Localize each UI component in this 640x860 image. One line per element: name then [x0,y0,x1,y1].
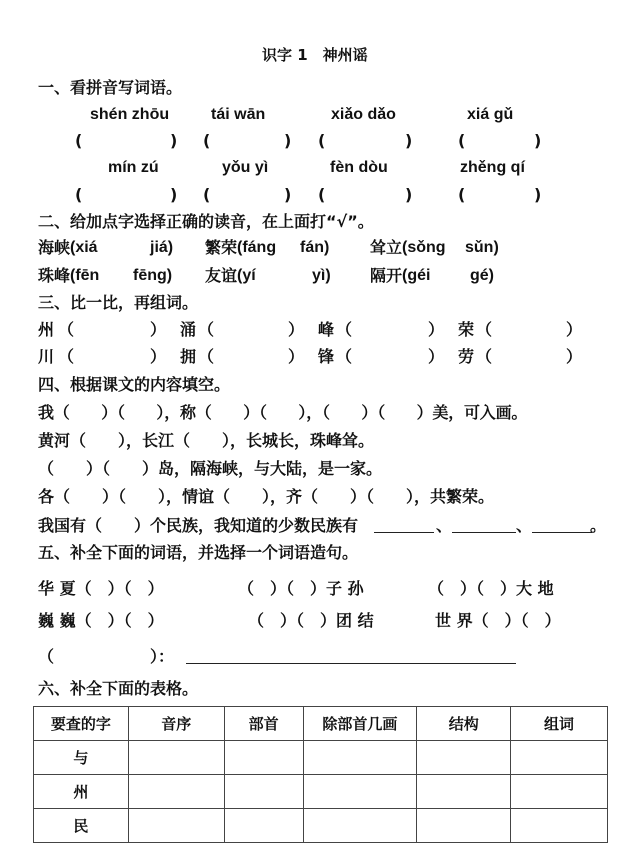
answer-underline[interactable] [532,532,592,533]
reading-option: (sǒng [402,240,446,256]
answer-blank-close: ) [170,133,177,149]
pinyin-7: fèn dòu [330,160,388,176]
answer-blank-open: （ [336,322,352,338]
answer-blank-open: （ [58,349,74,365]
section-1-header: 一、看拼音写词语。 [38,80,182,96]
answer-blank-close: ） [566,349,582,365]
table-cell[interactable] [224,775,303,809]
table-cell[interactable] [417,741,511,775]
answer-blank-close: ) [405,133,412,149]
reading-word: 珠峰 [38,268,70,284]
pinyin-8: zhěng qí [460,160,525,176]
word-completion: （ ）（ ）大 地 [428,581,554,597]
answer-blank-open: ( [458,187,465,203]
column-header: 音序 [128,707,224,741]
table-cell[interactable] [224,809,303,843]
table-cell-char: 民 [34,809,129,843]
reading-option: sǔn) [465,240,499,256]
answer-blank-open: ( [203,187,210,203]
column-header: 要查的字 [34,707,129,741]
answer-blank-close: ） [288,349,304,365]
compare-char: 川 [38,349,54,365]
separator: 、 [516,518,532,534]
sentence-word-slot: （ ）： [38,649,174,665]
answer-blank-open: （ [476,349,492,365]
reading-option: (xiá [70,240,98,256]
fill-line-4: 各（ ）（ ），情谊（ ），齐（ ）（ ），共繁荣。 [38,489,494,505]
word-completion: 华 夏（ ）（ ） [38,581,164,597]
answer-blank-close: ) [534,133,541,149]
fill-line-5: 我国有（ ）个民族，我知道的少数民族有 [38,518,358,534]
reading-option: (fēn [70,268,99,284]
table-cell[interactable] [303,741,417,775]
answer-blank-open: ( [75,133,82,149]
dictionary-table: 要查的字 音序 部首 除部首几画 结构 组词 与 州 民 [33,706,608,843]
table-cell[interactable] [417,809,511,843]
word-completion: 世 界（ ）（ ） [435,613,561,629]
answer-blank-open: （ [336,349,352,365]
reading-option: fēng) [133,268,172,284]
answer-underline[interactable] [452,532,516,533]
section-6-header: 六、补全下面的表格。 [38,681,198,697]
table-cell[interactable] [511,809,608,843]
reading-option: gé) [470,268,494,284]
reading-option: fán) [300,240,329,256]
answer-blank-open: （ [198,322,214,338]
answer-blank-open: ( [75,187,82,203]
answer-underline[interactable] [374,532,434,533]
answer-blank-open: （ [198,349,214,365]
answer-blank-close: ） [288,322,304,338]
page-title: 识字 1 神州谣 [262,48,368,63]
column-header: 部首 [224,707,303,741]
answer-blank-open: ( [458,133,465,149]
compare-char: 锋 [318,349,334,365]
section-2-header: 二、给加点字选择正确的读音，在上面打“√”。 [38,214,374,230]
compare-char: 峰 [318,322,334,338]
reading-word: 友谊 [205,268,237,284]
reading-option: jiá) [150,240,173,256]
reading-option: (géi [402,268,430,284]
word-completion: （ ）（ ）子 孙 [238,581,364,597]
pinyin-1: shén zhōu [90,107,169,123]
pinyin-3: xiǎo dǎo [331,107,396,123]
answer-blank-close: ) [534,187,541,203]
section-4-header: 四、根据课文的内容填空。 [38,377,230,393]
table-cell[interactable] [417,775,511,809]
table-cell[interactable] [128,741,224,775]
reading-word: 繁荣 [205,240,237,256]
reading-word: 隔开 [370,268,402,284]
fill-line-3: （ ）（ ）岛，隔海峡，与大陆，是一家。 [38,461,382,477]
table-cell[interactable] [224,741,303,775]
period: 。 [590,518,606,534]
answer-blank-close: ） [566,322,582,338]
column-header: 结构 [417,707,511,741]
compare-char: 州 [38,322,54,338]
table-cell[interactable] [303,809,417,843]
section-3-header: 三、比一比，再组词。 [38,295,198,311]
answer-blank-close: ) [405,187,412,203]
answer-blank-close: ) [170,187,177,203]
table-cell[interactable] [511,775,608,809]
column-header: 组词 [511,707,608,741]
pinyin-6: yǒu yì [222,160,268,176]
table-cell[interactable] [511,741,608,775]
table-cell-char: 与 [34,741,129,775]
answer-blank-close: ） [150,349,166,365]
table-row: 与 [34,741,608,775]
table-cell[interactable] [128,775,224,809]
answer-blank-open: （ [58,322,74,338]
reading-word: 耸立 [370,240,402,256]
column-header: 除部首几画 [303,707,417,741]
fill-line-1: 我（ ）（ ），称（ ）（ ），（ ）（ ）美，可入画。 [38,405,527,421]
answer-blank-close: ) [284,133,291,149]
compare-char: 拥 [180,349,196,365]
reading-option: (yí [237,268,256,284]
pinyin-5: mín zú [108,160,159,176]
word-completion: 巍 巍（ ）（ ） [38,613,164,629]
table-row: 州 [34,775,608,809]
fill-line-2: 黄河（ ），长江（ ），长城长，珠峰耸。 [38,433,374,449]
answer-blank-close: ) [284,187,291,203]
table-cell[interactable] [128,809,224,843]
word-completion: （ ）（ ）团 结 [248,613,374,629]
answer-blank-close: ） [428,322,444,338]
compare-char: 劳 [458,349,474,365]
table-cell[interactable] [303,775,417,809]
compare-char: 荣 [458,322,474,338]
table-cell-char: 州 [34,775,129,809]
answer-blank-open: ( [318,187,325,203]
reading-word: 海峡 [38,240,70,256]
reading-option: (fáng [237,240,276,256]
reading-option: yì) [312,268,331,284]
pinyin-4: xiá gǔ [467,107,513,123]
answer-blank-open: ( [203,133,210,149]
section-5-header: 五、补全下面的词语，并选择一个词语造句。 [38,545,358,561]
separator: 、 [436,518,452,534]
table-row: 民 [34,809,608,843]
answer-blank-close: ） [150,322,166,338]
sentence-answer-line[interactable] [186,663,516,664]
pinyin-2: tái wān [211,107,265,123]
answer-blank-open: （ [476,322,492,338]
answer-blank-open: ( [318,133,325,149]
compare-char: 涌 [180,322,196,338]
answer-blank-close: ） [428,349,444,365]
table-header-row: 要查的字 音序 部首 除部首几画 结构 组词 [34,707,608,741]
